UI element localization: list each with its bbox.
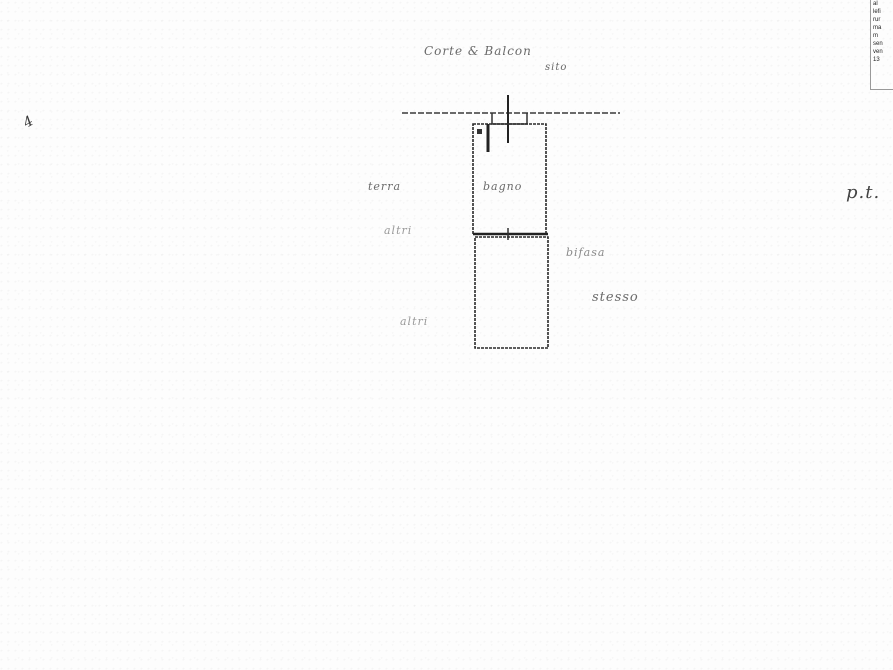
stamp-line: lefi (873, 8, 893, 16)
label-right-upper: bifasa (566, 246, 605, 259)
stamp-line: al (873, 0, 893, 8)
label-far-right: p.t. (846, 182, 880, 203)
floor-plan-drawing (0, 0, 893, 670)
stamp-line: sen (873, 40, 893, 48)
label-left-upper-1: terra (368, 180, 401, 193)
label-left-upper-2: altri (384, 224, 412, 237)
drawing-subtitle: sito (545, 62, 567, 73)
stamp-line: m (873, 32, 893, 40)
corner-stamp: al lefi rur ma m sen ven 13 (870, 0, 893, 90)
drawing-title: Corte & Balcon (424, 44, 532, 58)
stamp-line: ven (873, 48, 893, 56)
stamp-line: 13 (873, 56, 893, 64)
entrance-bracket (492, 113, 527, 124)
stamp-line: rur (873, 16, 893, 24)
stamp-line: ma (873, 24, 893, 32)
lower-room (475, 237, 548, 348)
label-right-lower: stesso (592, 290, 639, 305)
label-upper-room: bagno (483, 180, 522, 193)
corner-fixture (477, 129, 482, 134)
label-left-lower: altri (400, 315, 428, 328)
upper-room (473, 124, 546, 234)
